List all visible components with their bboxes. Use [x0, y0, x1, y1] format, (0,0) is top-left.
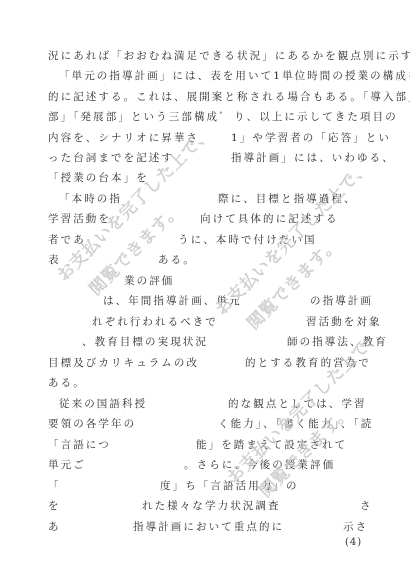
text-line: 「言語につ能」を踏まえて設定されて — [0, 437, 410, 453]
text-line: 学習活動を向けて具体的に記述する — [0, 211, 410, 227]
text-segment: 示さ — [343, 519, 368, 535]
text-segment: れぞれ行われるべきで — [92, 314, 218, 330]
text-segment: 「 — [48, 478, 61, 494]
text-line: 「単元の指導計画」には、表を用いて1単位時間の授業の構成を具体 — [0, 68, 410, 84]
text-segment: 「言語につ — [48, 437, 111, 453]
text-line: 部」「発展部」という三部構成ﾞり、以上に示してきた項目の — [0, 109, 410, 125]
page-number: (4) — [345, 537, 362, 548]
text-segment: 業の評価 — [124, 273, 174, 289]
text-segment: 「単元の指導計画」には、表を用いて1単位時間の授業の構成を具体 — [59, 68, 410, 84]
text-segment: を — [48, 498, 61, 514]
text-segment: 従来の国語科授 — [59, 396, 147, 412]
text-segment: 指導計画」には、いわゆる、 — [231, 150, 395, 166]
text-line: れぞれ行われるべきで習活動を対象 — [0, 314, 410, 330]
text-segment: の指導計画 — [310, 293, 373, 309]
text-segment: 1」や学習者の「応答」とい — [231, 130, 391, 146]
text-segment: ある。 — [48, 375, 86, 391]
text-line: あ指導計画において重点的に示さ — [0, 519, 410, 535]
text-segment: 要領の各学年の — [48, 416, 136, 432]
text-line: ある。 — [0, 375, 410, 391]
text-segment: ある。 — [158, 252, 196, 268]
text-segment: 単元ご — [48, 457, 86, 473]
text-line: 者であうに、本時で付けたい国 — [0, 232, 410, 248]
text-segment: 況にあれば「おおむね満足できる状況」にあるかを観点別に示す。 — [48, 48, 410, 64]
text-segment: さ — [360, 498, 373, 514]
text-line: 況にあれば「おおむね満足できる状況」にあるかを観点別に示す。 — [0, 48, 410, 64]
text-line: 単元ご。さらに、今後の授業評価 — [0, 457, 410, 473]
text-segment: 的に記述する。これは、展開案と称される場合もある。「導入部」「展開 — [48, 89, 410, 105]
text-line: は、年間指導計画、単元の指導計画 — [0, 293, 410, 309]
text-segment: 目標及びカリキュラムの改 — [48, 355, 199, 371]
text-line: 的に記述する。これは、展開案と称される場合もある。「導入部」「展開 — [0, 89, 410, 105]
text-line: 「度」ち「言語活用力」の — [0, 478, 410, 494]
text-segment: あ — [48, 519, 61, 535]
text-line: をれた様々な学力状況調査さ — [0, 498, 410, 514]
text-segment: 、教育目標の実現状況 — [82, 334, 208, 350]
text-segment: り、以上に示してきた項目の — [234, 109, 398, 125]
text-segment: 指導計画において重点的に — [133, 519, 284, 535]
text-segment: れた様々な学力状況調査 — [142, 498, 281, 514]
document-page: 況にあれば「おおむね満足できる状況」にあるかを観点別に示す。「単元の指導計画」に… — [0, 0, 410, 580]
